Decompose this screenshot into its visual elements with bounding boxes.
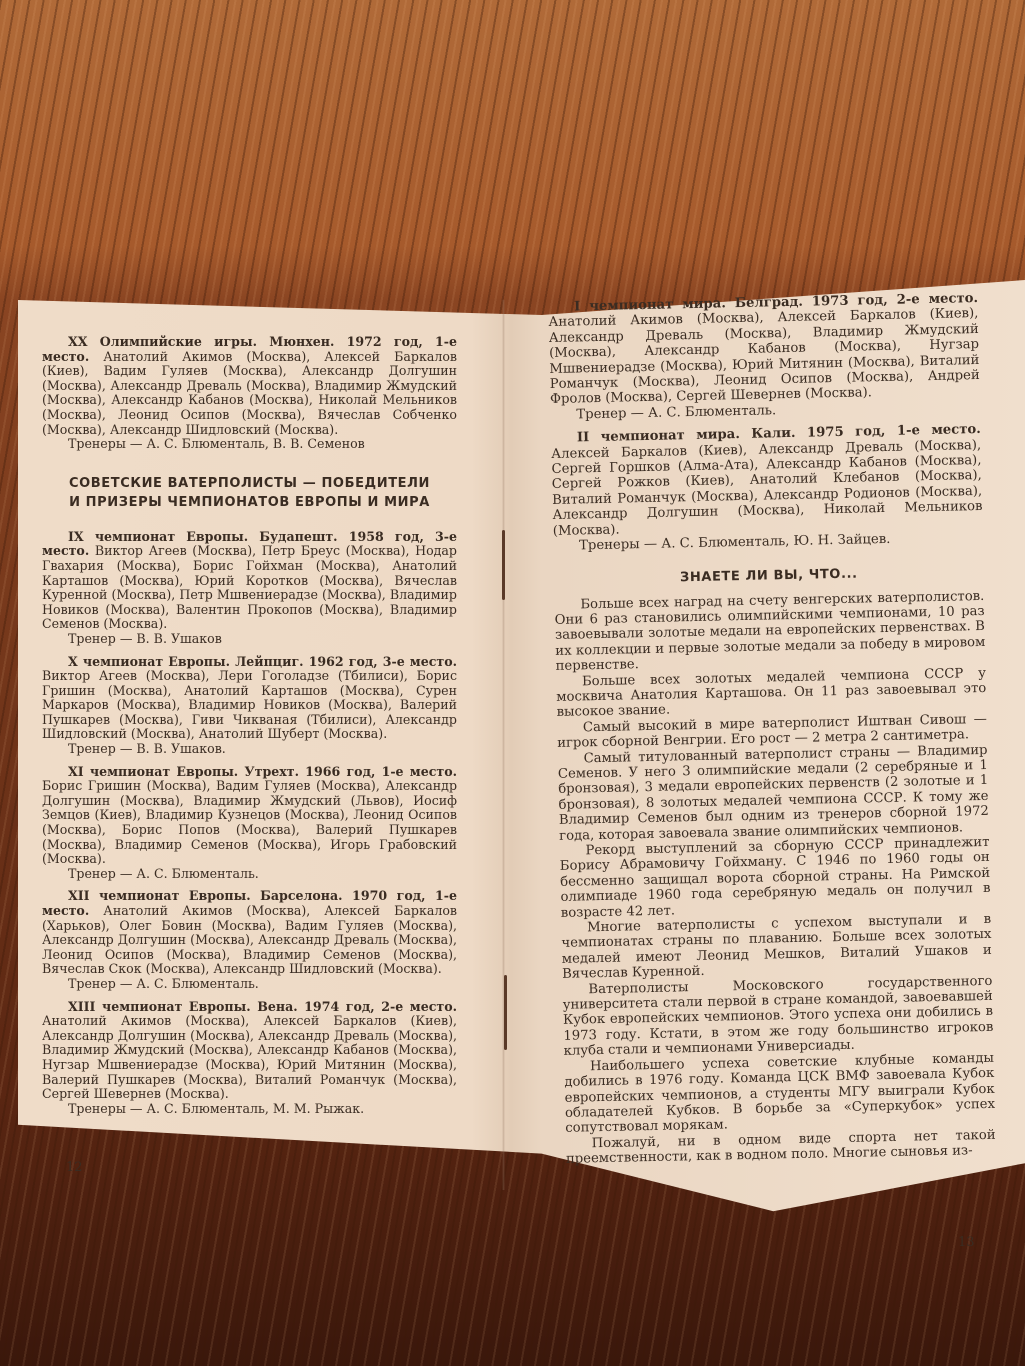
championship-entry: XIII чемпионат Европы. Вена. 1974 год, 2… <box>42 1000 457 1117</box>
booklet-spine <box>502 300 505 1190</box>
olympic-entry: XX Олимпийские игры. Мюнхен. 1972 год, 1… <box>42 335 457 452</box>
staple-bottom <box>504 975 507 1050</box>
championship-entry: X чемпионат Европы. Лейпциг. 1962 год, 3… <box>42 655 457 757</box>
page-number-right: 13 <box>958 1235 975 1250</box>
entry-roster: Анатолий Акимов (Москва), Алексей Баркал… <box>548 306 980 407</box>
section-title-line-1: СОВЕТСКИЕ ВАТЕРПОЛИСТЫ — ПОБЕДИТЕЛИ <box>42 474 457 493</box>
entry-heading: XI чемпионат Европы. Утрехт. 1966 год, 1… <box>68 764 457 779</box>
entry-heading: XIII чемпионат Европы. Вена. 1974 год, 2… <box>68 999 457 1014</box>
world-championship-entry: II чемпионат мира. Кали. 1975 год, 1-е м… <box>551 422 983 554</box>
entry-roster: Анатолий Акимов (Москва), Алексей Баркал… <box>42 1013 457 1101</box>
entry-heading: X чемпионат Европы. Лейпциг. 1962 год, 3… <box>68 654 457 669</box>
world-championship-entry: I чемпионат мира. Белград. 1973 год, 2-е… <box>548 291 980 423</box>
section-title-line-2: И ПРИЗЕРЫ ЧЕМПИОНАТОВ ЕВРОПЫ И МИРА <box>42 493 457 512</box>
entry-coach: Тренер — В. В. Ушаков <box>68 632 457 647</box>
left-page: XX Олимпийские игры. Мюнхен. 1972 год, 1… <box>42 335 457 1124</box>
entry-coach: Тренеры — А. С. Блюменталь, М. М. Рыжак. <box>68 1102 457 1117</box>
entry-roster: Виктор Агеев (Москва), Лери Гоголадзе (Т… <box>42 668 457 741</box>
fact-paragraph: Наибольшего успеха советские клубные ком… <box>564 1051 996 1137</box>
championship-entry: IX чемпионат Европы. Будапешт. 1958 год,… <box>42 530 457 647</box>
entry-roster: Анатолий Акимов (Москва), Алексей Баркал… <box>42 349 457 437</box>
championship-entry: XI чемпионат Европы. Утрехт. 1966 год, 1… <box>42 765 457 882</box>
fact-paragraph: Многие ватерполисты с успехом выступали … <box>561 912 992 983</box>
championship-entry: XII чемпионат Европы. Барселона. 1970 го… <box>42 889 457 991</box>
entry-coach: Тренер — А. С. Блюменталь. <box>68 867 457 882</box>
entry-roster: Алексей Баркалов (Киев), Александр Древа… <box>551 438 983 539</box>
facts-title: ЗНАЕТЕ ЛИ ВЫ, ЧТО... <box>554 561 984 589</box>
fact-paragraph: Рекорд выступлений за сборную СССР прина… <box>559 835 991 921</box>
section-title: СОВЕТСКИЕ ВАТЕРПОЛИСТЫ — ПОБЕДИТЕЛИ И ПР… <box>42 474 457 512</box>
page-number-left: 12 <box>66 1160 83 1175</box>
entry-coach: Тренеры — А. С. Блюменталь, Ю. Н. Зайцев… <box>579 530 983 554</box>
staple-top <box>502 530 505 600</box>
fact-paragraph: Больше всех наград на счету венгерских в… <box>554 588 986 674</box>
fact-paragraph: Самый титулованный ватерполист страны — … <box>557 742 989 843</box>
entry-coach: Тренер — А. С. Блюменталь. <box>68 977 457 992</box>
fact-paragraph: Ватерполисты Московского государственног… <box>562 974 994 1060</box>
right-page: I чемпионат мира. Белград. 1973 год, 2-е… <box>548 291 996 1167</box>
entry-coach: Тренер — В. В. Ушаков. <box>68 742 457 757</box>
entry-roster: Виктор Агеев (Москва), Петр Бреус (Москв… <box>42 543 457 631</box>
entry-roster: Борис Гришин (Москва), Вадим Гуляев (Мос… <box>42 778 457 866</box>
entry-roster: Анатолий Акимов (Москва), Алексей Баркал… <box>42 903 457 976</box>
entry-coach: Тренеры — А. С. Блюменталь, В. В. Семено… <box>68 437 457 452</box>
